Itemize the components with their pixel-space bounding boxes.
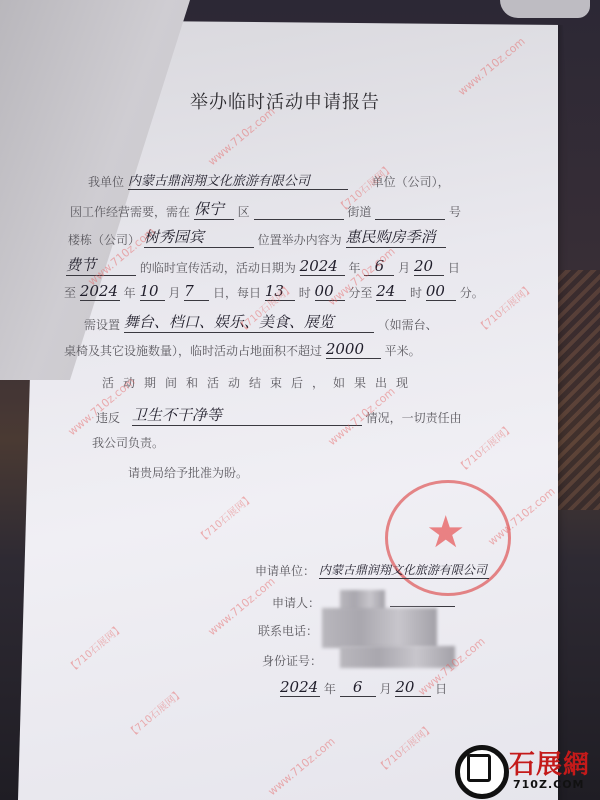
number-blank: [375, 219, 445, 220]
district-field: 保宁: [194, 198, 234, 220]
line2-prefix: 因工作经营需要，需在: [70, 205, 190, 219]
para3-suffix: 情况，一切责任由: [366, 411, 462, 425]
line3-mid: 位置举办内容为: [258, 233, 342, 247]
redacted-id: [340, 646, 455, 668]
area-unit: 平米。: [385, 344, 421, 358]
person-underline: [390, 606, 455, 607]
start-year-field: 2024: [300, 257, 345, 276]
para2-line2: 桌椅及其它设施数量），临时活动占地面积不超过 2000 平米。: [64, 340, 421, 359]
logo-name: 石展網: [509, 744, 590, 781]
person-label: 申请人：: [272, 596, 320, 610]
month-label: 月: [168, 286, 180, 300]
para1-prefix: 我单位: [88, 175, 124, 189]
para3-line2: 违反 卫生不干净等 情况，一切责任由: [96, 404, 462, 426]
para3-line1: 活动期间和活动结束后，如果出现: [102, 374, 417, 391]
signature-unit-field: 内蒙古鼎润翔文化旅游有限公司: [319, 561, 489, 579]
location-field: 树秀园宾: [144, 226, 254, 248]
para2-prefix: 需设置: [84, 318, 120, 332]
start-day-field: 20: [414, 257, 444, 276]
to-label: 至: [64, 286, 76, 300]
violation-field: 卫生不干净等: [132, 404, 362, 426]
para2-line2-text: 桌椅及其它设施数量），临时活动占地面积不超过: [64, 344, 322, 358]
site-logo: 石展網 710Z.COM: [455, 740, 595, 795]
seal-star-icon: ★: [426, 511, 465, 555]
daily-label: 日，每日: [213, 286, 261, 300]
end-month-field: 10: [140, 282, 165, 301]
year-label: 年: [124, 286, 136, 300]
area-field: 2000: [326, 340, 381, 359]
line4-mid: 的临时宣传活动，活动日期为: [140, 261, 296, 275]
para2-suffix: （如需台、: [378, 318, 438, 332]
month-label: 月: [398, 261, 410, 275]
street-blank: [254, 219, 344, 220]
end-day-field: 7: [184, 282, 209, 301]
content-field: 惠民购房季消: [346, 226, 446, 248]
year-label: 年: [324, 682, 336, 696]
hour-label: 时: [299, 286, 311, 300]
logo-url: 710Z.COM: [513, 778, 585, 791]
day-label: 日: [448, 261, 460, 275]
number-label: 号: [449, 205, 461, 219]
signature-person-row: 申请人：: [272, 594, 320, 611]
end-hour-field: 24: [376, 282, 406, 301]
date-month-field: 6: [340, 678, 376, 697]
document-title: 举办临时活动申请报告: [190, 88, 380, 114]
logo-glyph-icon: [467, 754, 491, 782]
end-min-field: 00: [426, 282, 456, 301]
month-label: 月: [380, 682, 392, 696]
phone-label: 联系电话：: [258, 622, 318, 639]
applicant-company-field: 内蒙古鼎润翔文化旅游有限公司: [128, 170, 348, 190]
redacted-phone: [322, 608, 437, 648]
background-feather: [500, 0, 590, 18]
district-label: 区: [238, 205, 250, 219]
date-year-field: 2024: [280, 678, 320, 697]
hour-label: 时: [410, 286, 422, 300]
para3-line3: 我公司负责。: [92, 434, 164, 451]
id-label: 身份证号：: [262, 652, 322, 669]
para1-line2: 因工作经营需要，需在 保宁 区 街道 号: [70, 198, 461, 220]
closing-text: 请贵局给予批准为盼。: [128, 464, 248, 481]
signature-unit-row: 申请单位： 内蒙古鼎润翔文化旅游有限公司: [255, 561, 489, 579]
end-year-field: 2024: [80, 282, 120, 301]
min-label: 分。: [460, 286, 484, 300]
para1-line1: 我单位 内蒙古鼎润翔文化旅游有限公司 单位（公司），: [88, 170, 450, 190]
unit-label: 申请单位：: [255, 564, 315, 578]
